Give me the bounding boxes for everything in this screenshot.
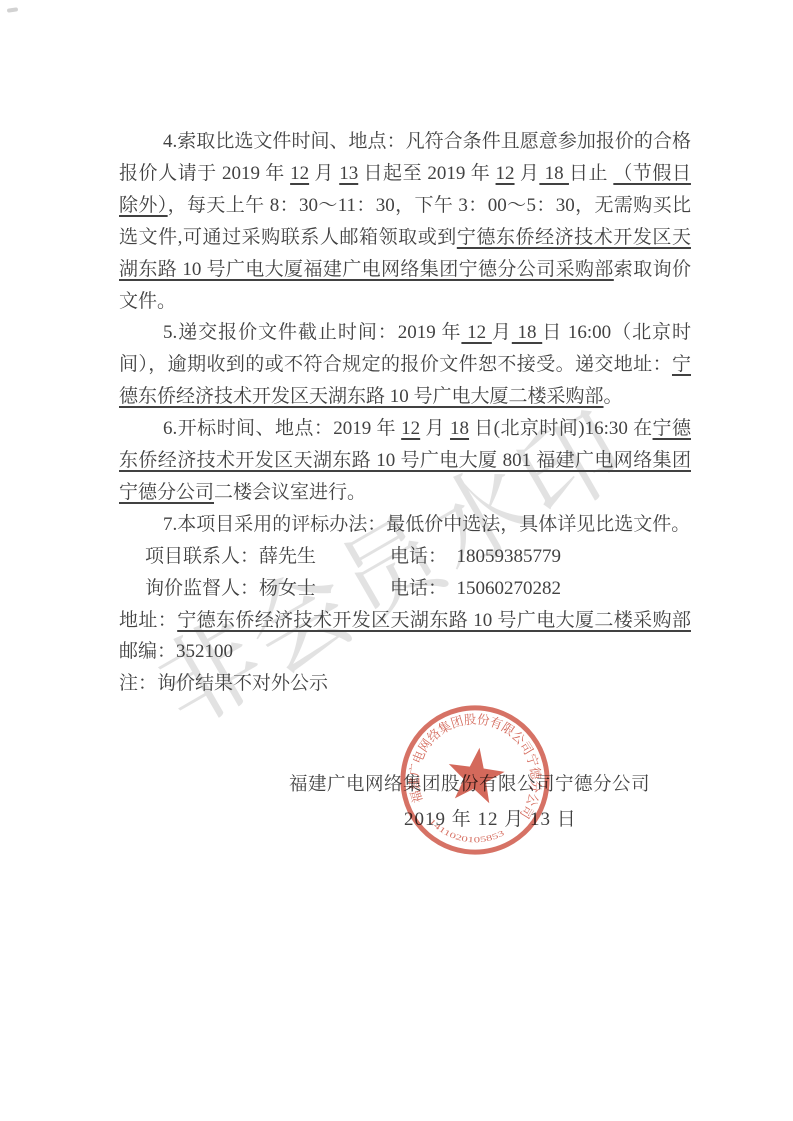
text-segment: 二楼会议室进行。 (214, 482, 366, 503)
text-segment: 间），逾期收到的或不符合规定的报价文件恕不接受。递交地址： (119, 354, 672, 375)
text-line: 地址：宁德东侨经济技术开发区天湖东路 10 号广电大厦二楼采购部 (119, 605, 691, 637)
text-segment: 日止 (569, 163, 613, 184)
underlined-text: 18 (539, 163, 569, 184)
company-seal: 福建广电网络集团股份有限公司宁德分公司 1411020105853 (386, 691, 564, 869)
underlined-text: 12 (401, 418, 420, 439)
text-segment: 日(北京时间)16:30 在 (469, 418, 653, 439)
text-line: 湖东路 10 号广电大厦福建广电网络集团宁德分公司采购部索取询价 (119, 254, 691, 286)
document-page: 非会员水印 4.索取比选文件时间、地点：凡符合条件且愿意参加报价的合格报价人请于… (0, 0, 793, 1121)
text-segment: 5.递交报价文件截止时间：2019 年 (163, 322, 461, 343)
text-segment: 4.索取比选文件时间、地点：凡符合条件且愿意参加报价的合格 (163, 131, 691, 152)
text-segment: 选文件,可通过采购联系人邮箱领取或到 (119, 227, 457, 248)
underlined-text: 宁德 (653, 418, 691, 439)
underlined-text: 湖东路 10 号广电大厦福建广电网络集团宁德分公司采购部 (119, 259, 614, 280)
text-segment: ，每天上午 8：30～11：30，下午 3：00～5：30，无需购买比 (168, 195, 691, 216)
underlined-text: 13 (339, 163, 358, 184)
text-line: 宁德分公司二楼会议室进行。 (119, 477, 691, 509)
text-segment: 7.本项目采用的评标办法：最低价中选法，具体详见比选文件。 (163, 514, 690, 535)
text-line: 邮编：352100 (119, 636, 691, 668)
text-line: 德东侨经济技术开发区天湖东路 10 号广电大厦二楼采购部。 (119, 381, 691, 413)
text-segment: 文件。 (119, 291, 176, 312)
scan-artifact (7, 7, 18, 12)
text-line: 报价人请于 2019 年 12 月 13 日起至 2019 年 12 月 18 … (119, 158, 691, 190)
underlined-text: 东侨经济技术开发区天湖东路 10 号广电大厦 801 福建广电网络集团 (119, 450, 691, 471)
star-icon (444, 744, 507, 805)
underlined-text: 12 (496, 163, 515, 184)
text-segment: 月 (420, 418, 450, 439)
text-segment: 地址： (119, 610, 177, 631)
text-segment: 日起至 2019 年 (358, 163, 495, 184)
text-segment: 报价人请于 2019 年 (119, 163, 290, 184)
text-segment: 月 (309, 163, 339, 184)
text-line: 东侨经济技术开发区天湖东路 10 号广电大厦 801 福建广电网络集团 (119, 445, 691, 477)
text-segment: 日 16:00（北京时 (542, 322, 691, 343)
underlined-text: 宁 (672, 354, 691, 375)
text-segment: 月 (515, 163, 540, 184)
text-line: 间），逾期收到的或不符合规定的报价文件恕不接受。递交地址：宁 (119, 349, 691, 381)
text-segment: 。 (604, 386, 623, 407)
underlined-text: 宁德东侨经济技术开发区天湖东路 10 号广电大厦二楼采购部 (177, 610, 691, 631)
text-line: 6.开标时间、地点：2019 年 12 月 18 日(北京时间)16:30 在宁… (119, 413, 691, 445)
text-line: 注：询价结果不对外公示 (119, 668, 691, 700)
underlined-text: 宁德分公司 (119, 482, 214, 503)
contact-phone: 电话： 18059385779 (390, 541, 561, 573)
document-body: 4.索取比选文件时间、地点：凡符合条件且愿意参加报价的合格报价人请于 2019 … (119, 126, 691, 700)
underlined-text: 宁德东侨经济技术开发区天 (457, 227, 691, 248)
underlined-text: （节假日 (613, 163, 691, 184)
text-segment: 注：询价结果不对外公示 (119, 673, 328, 694)
text-segment: 邮编：352100 (119, 641, 233, 662)
text-segment: 月 (492, 322, 512, 343)
contact-row: 项目联系人：薛先生电话： 18059385779 (119, 541, 691, 573)
underlined-text: 12 (461, 322, 491, 343)
text-line: 5.递交报价文件截止时间：2019 年 12 月 18 日 16:00（北京时 (119, 317, 691, 349)
underlined-text: 12 (290, 163, 309, 184)
text-segment: 6.开标时间、地点：2019 年 (163, 418, 401, 439)
contact-phone: 电话： 15060270282 (390, 573, 561, 605)
text-line: 选文件,可通过采购联系人邮箱领取或到宁德东侨经济技术开发区天 (119, 222, 691, 254)
contact-person: 项目联系人：薛先生 (145, 541, 316, 573)
underlined-text: 18 (450, 418, 469, 439)
underlined-text: 18 (512, 322, 542, 343)
underlined-text: 德东侨经济技术开发区天湖东路 10 号广电大厦二楼采购部 (119, 386, 604, 407)
text-line: 除外），每天上午 8：30～11：30，下午 3：00～5：30，无需购买比 (119, 190, 691, 222)
underlined-text: 除外） (119, 195, 168, 216)
text-line: 文件。 (119, 286, 691, 318)
text-line: 7.本项目采用的评标办法：最低价中选法，具体详见比选文件。 (119, 509, 691, 541)
contact-row: 询价监督人：杨女士电话： 15060270282 (119, 573, 691, 605)
text-line: 4.索取比选文件时间、地点：凡符合条件且愿意参加报价的合格 (119, 126, 691, 158)
contact-person: 询价监督人：杨女士 (145, 573, 316, 605)
text-segment: 索取询价 (614, 259, 691, 280)
